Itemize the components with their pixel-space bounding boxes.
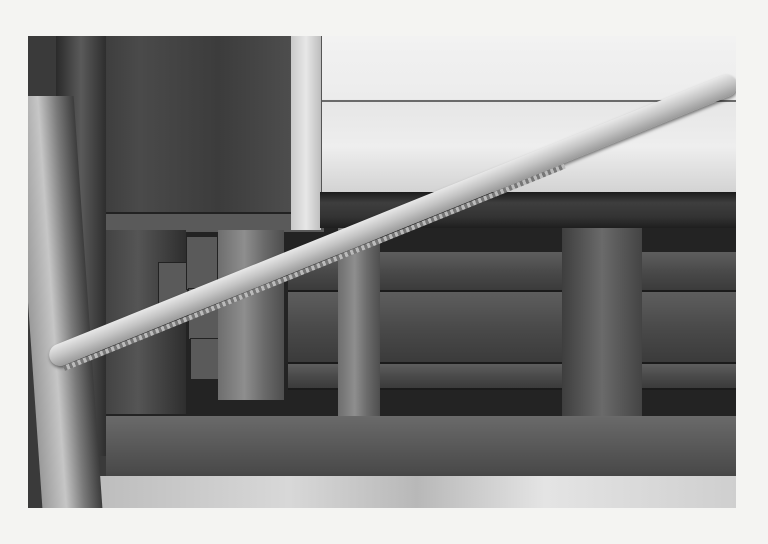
- photograph: [28, 36, 736, 508]
- panel-lower-edge: [68, 212, 324, 232]
- corner-board: [291, 36, 322, 230]
- floor-boards: [98, 476, 736, 508]
- right-post: [562, 228, 642, 426]
